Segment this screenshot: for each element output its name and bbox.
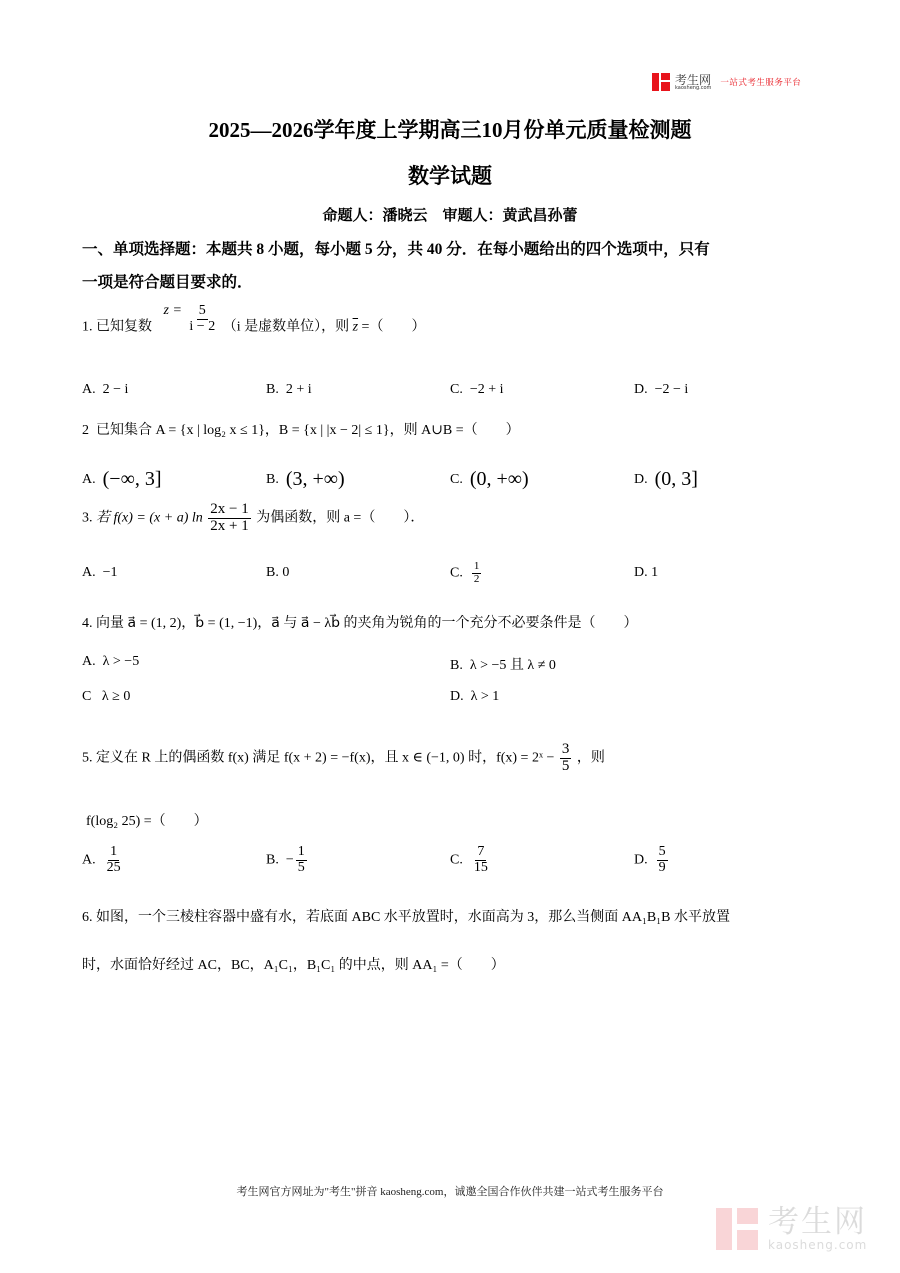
option-d[interactable]: D. λ > 1 bbox=[450, 689, 499, 705]
logo-name-cn: 考生网 bbox=[675, 74, 711, 86]
document-subtitle: 数学试题 bbox=[0, 160, 900, 190]
formula-fraction: 3 5 bbox=[560, 742, 572, 775]
option-c[interactable]: C λ ≥ 0 bbox=[82, 689, 130, 705]
question-stem: 向量 a⃗ = (1, 2)，b⃗ = (1, −1)，a⃗ 与 a⃗ − λb… bbox=[96, 616, 638, 631]
question-stem: 已知集合 A = {x | log₂ x ≤ 1}，B = {x | |x − … bbox=[96, 423, 520, 438]
kaosheng-logo-icon bbox=[652, 73, 670, 91]
question-number: 2 bbox=[82, 423, 89, 438]
header-logo: 考生网 kaosheng.com 一站式考生服务平台 bbox=[652, 73, 801, 91]
document-authors: 命题人：潘晓云 审题人：黄武昌孙蕾 bbox=[0, 204, 900, 225]
question-stem-post: （i 是虚数单位），则 bbox=[223, 319, 349, 334]
question-5-line2: f(log₂ 25) =（ ） bbox=[86, 810, 208, 830]
option-d[interactable]: D. −2 − i bbox=[634, 382, 688, 398]
watermark: 考生网 kaosheng.com bbox=[716, 1207, 867, 1251]
question-stem-pre: 已知复数 bbox=[96, 319, 152, 334]
option-c[interactable]: C. (0, +∞) bbox=[450, 468, 529, 491]
question-tail: =（ ） bbox=[362, 319, 426, 334]
option-b[interactable]: B. λ > −5 且 λ ≠ 0 bbox=[450, 654, 556, 674]
formula-fraction: 2x − 1 2x + 1 bbox=[208, 502, 250, 535]
logo-name-en: kaosheng.com bbox=[675, 86, 711, 91]
question-stem-pre: 若 f(x) = (x + a) ln bbox=[96, 510, 203, 525]
question-number: 1. bbox=[82, 319, 93, 334]
question-number: 4. bbox=[82, 616, 93, 631]
option-b[interactable]: B. 0 bbox=[266, 565, 289, 581]
question-number: 5. bbox=[82, 750, 93, 765]
option-b[interactable]: B. −15 bbox=[266, 845, 309, 875]
question-stem-line1: 如图，一个三棱柱容器中盛有水，若底面 ABC 水平放置时，水面高为 3，那么当侧… bbox=[96, 910, 730, 925]
section-heading-line2: 一项是符合题目要求的． bbox=[82, 266, 822, 299]
formula-lhs: z = bbox=[164, 303, 182, 318]
question-2: 2 已知集合 A = {x | log₂ x ≤ 1}，B = {x | |x … bbox=[82, 419, 520, 439]
option-d[interactable]: D. 1 bbox=[634, 565, 658, 581]
option-b[interactable]: B. (3, +∞) bbox=[266, 468, 345, 491]
option-a[interactable]: A. λ > −5 bbox=[82, 654, 139, 670]
question-1: 1. 已知复数 z = 5 i − 2 （i 是虚数单位），则 z =（ ） bbox=[82, 312, 425, 342]
question-6: 6. 如图，一个三棱柱容器中盛有水，若底面 ABC 水平放置时，水面高为 3，那… bbox=[82, 906, 730, 926]
question-number: 6. bbox=[82, 910, 93, 925]
page-footer: 考生网官方网址为"考生"拼音 kaosheng.com，诚邀全国合作伙伴共建一站… bbox=[0, 1183, 900, 1199]
logo-slogan: 一站式考生服务平台 bbox=[720, 76, 801, 88]
conjugate-z: z bbox=[353, 319, 358, 334]
watermark-name-en: kaosheng.com bbox=[768, 1239, 867, 1251]
question-stem-post: ，则 bbox=[577, 750, 605, 765]
watermark-name-cn: 考生网 bbox=[768, 1207, 867, 1238]
formula-fraction: 5 i − 2 bbox=[187, 304, 217, 334]
question-4: 4. 向量 a⃗ = (1, 2)，b⃗ = (1, −1)，a⃗ 与 a⃗ −… bbox=[82, 612, 638, 632]
option-b[interactable]: B. 2 + i bbox=[266, 382, 312, 398]
option-c[interactable]: C. −2 + i bbox=[450, 382, 504, 398]
option-c[interactable]: C. 12 bbox=[450, 561, 483, 585]
option-a[interactable]: A. 2 − i bbox=[82, 382, 128, 398]
option-a[interactable]: A. 125 bbox=[82, 845, 125, 875]
document-title: 2025—2026学年度上学期高三10月份单元质量检测题 bbox=[0, 114, 900, 144]
question-stem-post: 为偶函数，则 a =（ ）． bbox=[256, 510, 424, 525]
option-a[interactable]: A. −1 bbox=[82, 565, 118, 581]
question-6-line2: 时，水面恰好经过 AC，BC，A₁C₁，B₁C₁ 的中点，则 AA₁ =（ ） bbox=[82, 954, 505, 974]
question-3: 3. 若 f(x) = (x + a) ln 2x − 1 2x + 1 为偶函… bbox=[82, 502, 424, 535]
option-d[interactable]: D. 59 bbox=[634, 845, 670, 875]
section-heading-line1: 一、单项选择题：本题共 8 小题，每小题 5 分，共 40 分．在每小题给出的四… bbox=[82, 233, 822, 266]
question-5: 5. 定义在 R 上的偶函数 f(x) 满足 f(x + 2) = −f(x)，… bbox=[82, 742, 605, 775]
option-a[interactable]: A. (−∞, 3] bbox=[82, 468, 161, 491]
option-d[interactable]: D. (0, 3] bbox=[634, 468, 698, 491]
watermark-logo-icon bbox=[716, 1208, 758, 1250]
question-stem-pre: 定义在 R 上的偶函数 f(x) 满足 f(x + 2) = −f(x)，且 x… bbox=[96, 750, 554, 765]
question-number: 3. bbox=[82, 510, 93, 525]
section-heading: 一、单项选择题：本题共 8 小题，每小题 5 分，共 40 分．在每小题给出的四… bbox=[82, 233, 822, 299]
option-c[interactable]: C. 715 bbox=[450, 845, 492, 875]
